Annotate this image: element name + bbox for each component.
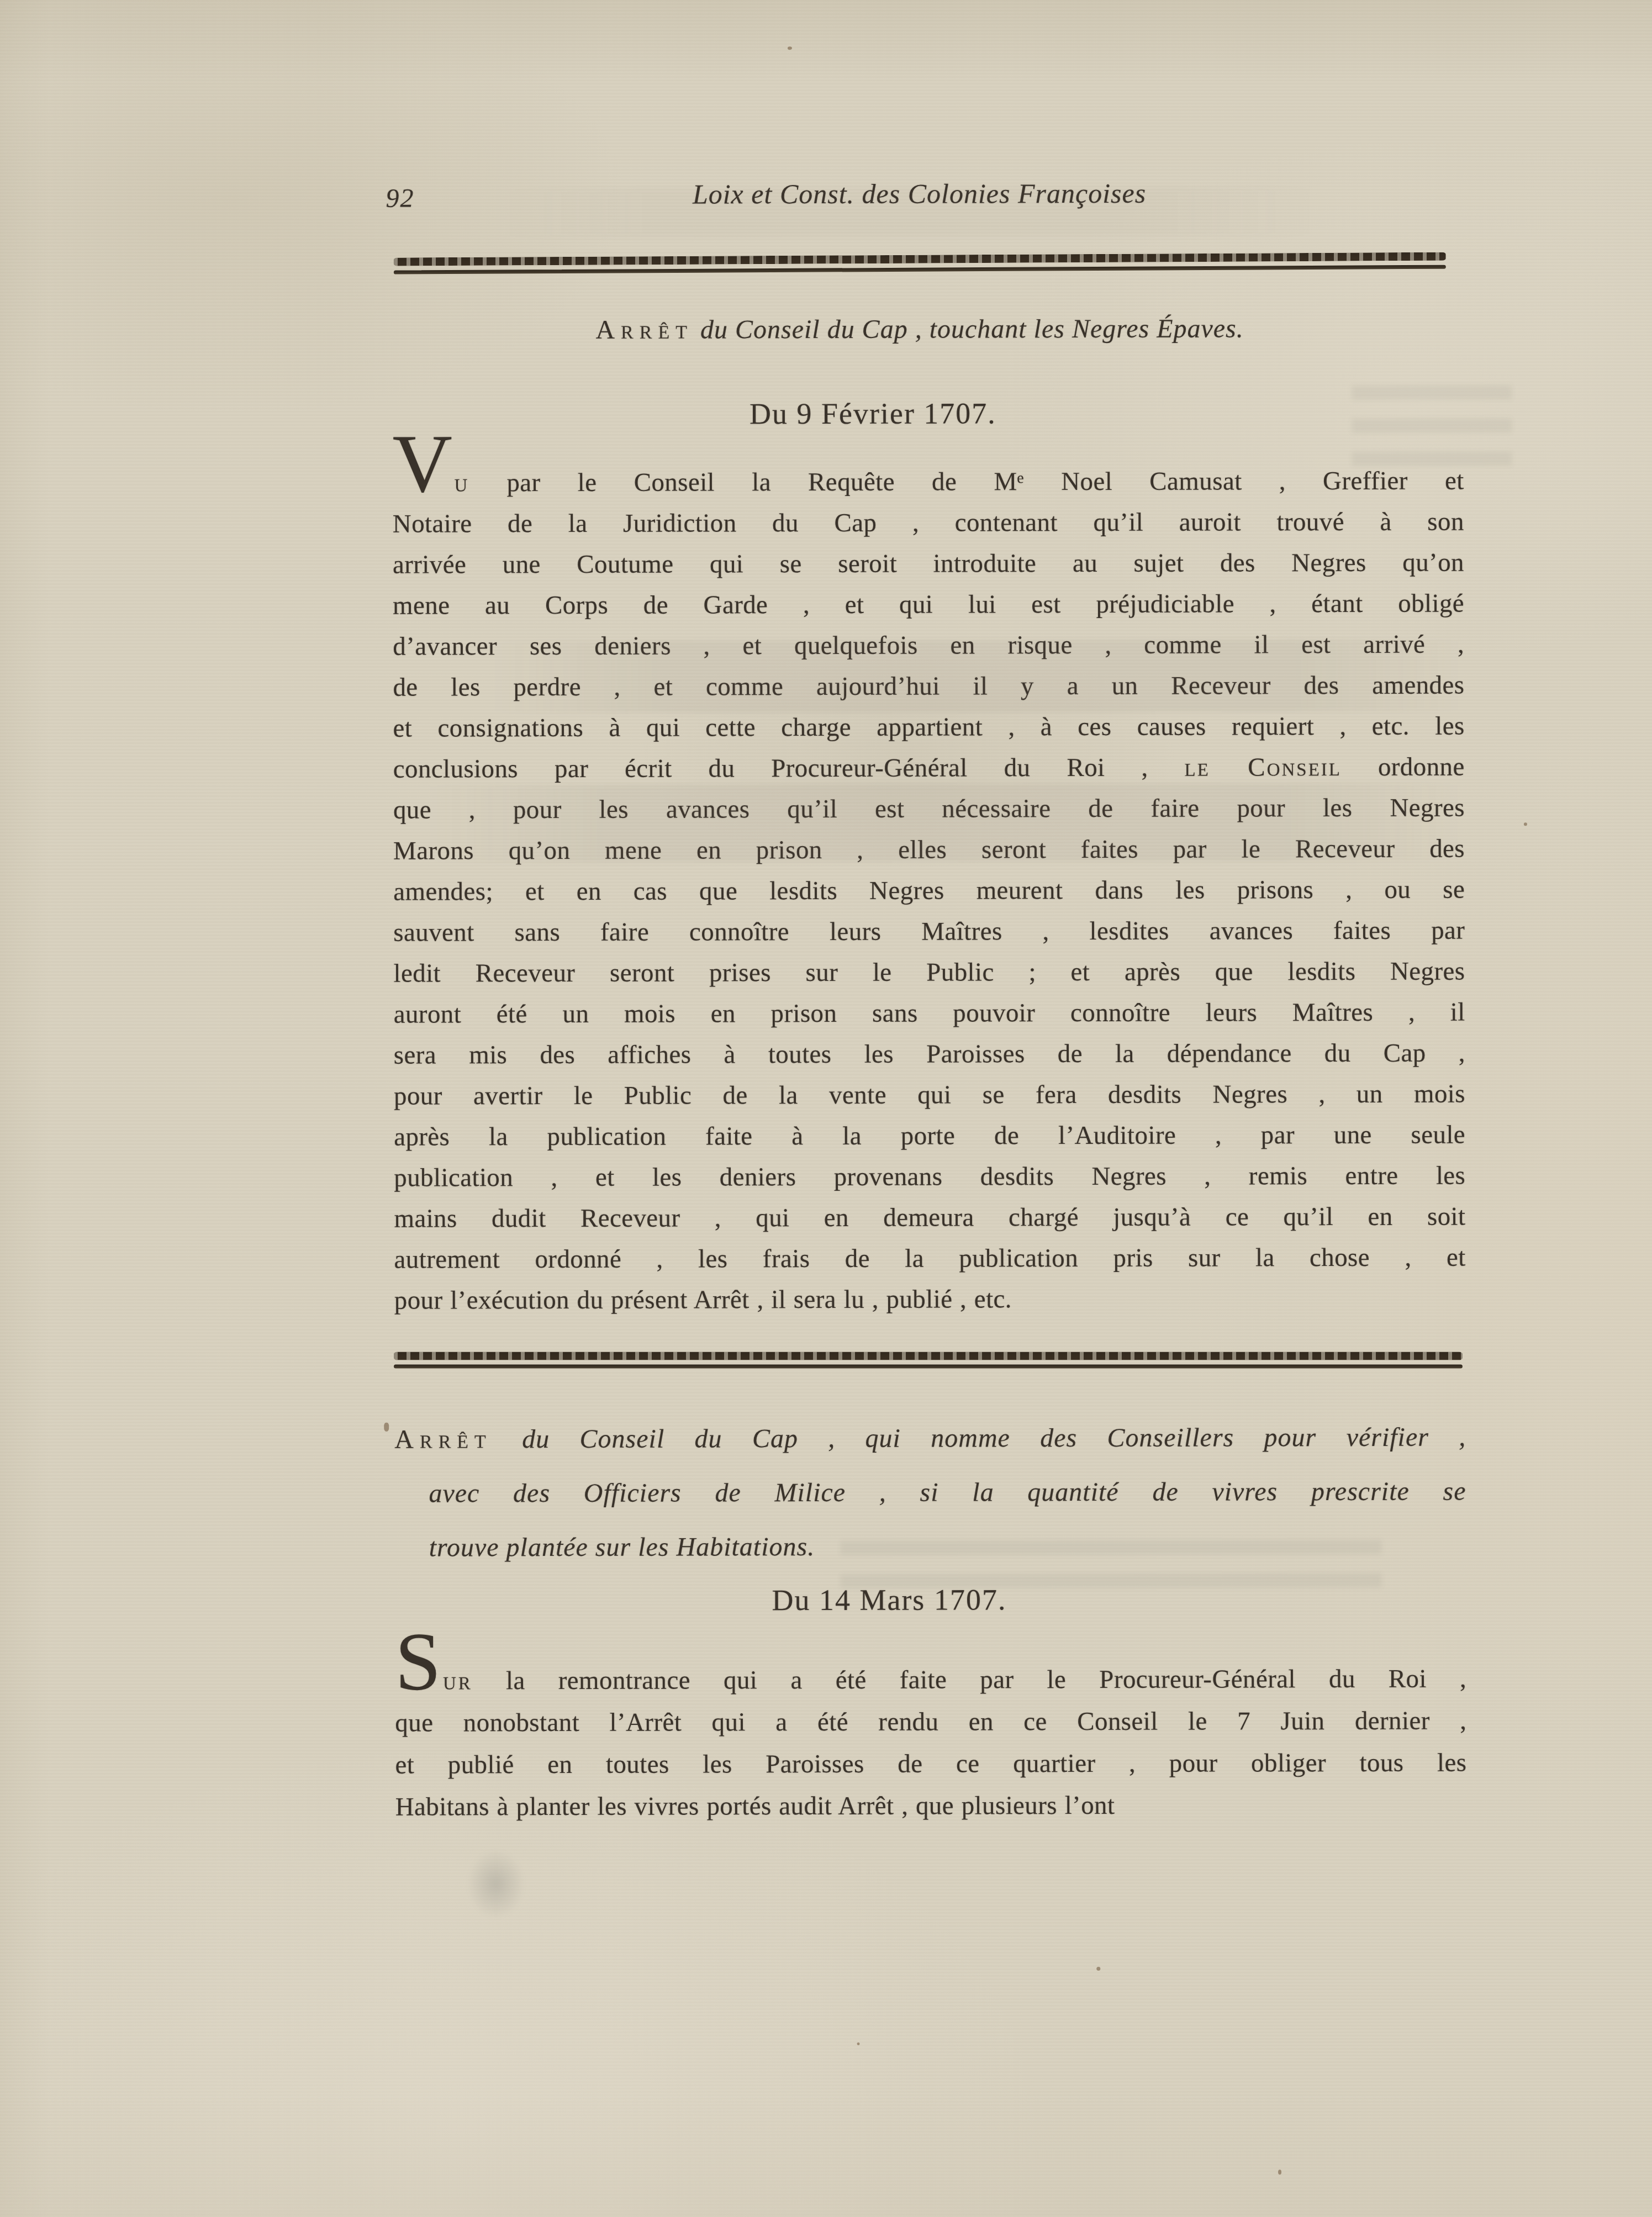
text-line: pour l’exécution du présent Arrêt , il s…	[394, 1278, 1466, 1321]
smallcap-lead: ur	[443, 1666, 473, 1695]
text-line: et publié en toutes les Paroisses de ce …	[395, 1742, 1466, 1786]
drop-cap-V: V	[392, 418, 452, 509]
text-line-pre: conclusions par écrit du Procureur-Génér…	[393, 753, 1185, 784]
arret-2-title-line: Arrêt du Conseil du Cap , qui nomme des …	[394, 1411, 1466, 1467]
text-line: d’avancer ses deniers , et quelquefois e…	[393, 624, 1464, 667]
text-line: arrivée une Coutume qui se seroit introd…	[393, 542, 1464, 585]
arret-1-title-text: du Conseil du Cap , touchant les Negres …	[693, 314, 1244, 344]
text-line: et consignations à qui cette charge appa…	[393, 706, 1464, 749]
text-line-rest: la remontrance qui a été faite par le Pr…	[473, 1665, 1466, 1696]
paper-speck	[1278, 2170, 1281, 2174]
arret-2-title-smallcaps: Arrêt	[394, 1424, 492, 1454]
text-line: sera mis des affiches à toutes les Paroi…	[394, 1033, 1465, 1076]
text-line: Marons qu’on mene en prison , elles sero…	[393, 828, 1465, 872]
text-line: après la publication faite à la porte de…	[394, 1115, 1465, 1158]
arret-2-body: Sur la remontrance qui a été faite par l…	[395, 1658, 1467, 1828]
text-line: publication , et les deniers provenans d…	[394, 1155, 1465, 1199]
arret-2-title-line: trouve plantée sur les Habitations.	[429, 1519, 1466, 1575]
arret-2-title-line: avec des Officiers de Milice , si la qua…	[429, 1465, 1466, 1521]
scanned-book-page: { "page": { "number": "92", "running_tit…	[0, 0, 1652, 2217]
page-content: 92 Loix et Const. des Colonies Françoise…	[0, 0, 1652, 2217]
text-line-post: ordonne	[1342, 753, 1465, 782]
paper-speck	[1096, 1967, 1100, 1971]
paper-speck	[857, 2042, 860, 2045]
text-line: pour avertir le Public de la vente qui s…	[394, 1074, 1465, 1117]
le-conseil-smallcaps: le Conseil	[1184, 753, 1342, 782]
text-line: Notaire de la Juridiction du Cap , conte…	[393, 502, 1464, 545]
ink-smudge	[455, 1834, 537, 1934]
text-line: mene au Corps de Garde , et qui lui est …	[393, 583, 1464, 626]
rule-thick-bar	[394, 1352, 1463, 1360]
text-line: amendes; et en cas que lesdits Negres me…	[393, 869, 1465, 912]
header-divider-rule	[394, 252, 1446, 275]
arret-2-date: Du 14 Mars 1707.	[362, 1582, 1417, 1618]
text-line: Habitans à planter les vivres portés aud…	[395, 1784, 1467, 1828]
text-line-rest: par le Conseil la Requête de Mᵉ Noel Cam…	[469, 467, 1464, 498]
running-title: Loix et Const. des Colonies Françoises	[392, 177, 1447, 211]
drop-cap-S: S	[395, 1616, 441, 1707]
arret-2-title: Arrêt du Conseil du Cap , qui nomme des …	[394, 1411, 1466, 1575]
text-line: Sur la remontrance qui a été faite par l…	[395, 1658, 1466, 1702]
arret-1-title: Arrêt du Conseil du Cap , touchant les N…	[392, 312, 1447, 348]
text-line: conclusions par écrit du Procureur-Génér…	[393, 747, 1465, 790]
arret-2-title-text: du Conseil du Cap , qui nomme des Consei…	[492, 1423, 1466, 1454]
text-line: mains dudit Receveur , qui en demeura ch…	[394, 1196, 1465, 1239]
arret-1-date: Du 9 Février 1707.	[345, 395, 1400, 432]
arret-1-body: Vu par le Conseil la Requête de Mᵉ Noel …	[393, 461, 1466, 1321]
arret-1-title-smallcaps: Arrêt	[595, 315, 693, 345]
text-line: auront été un mois en prison sans pouvoi…	[394, 992, 1465, 1035]
section-divider-rule	[394, 1352, 1463, 1369]
text-line: de les perdre , et comme aujourd’hui il …	[393, 665, 1464, 708]
smallcap-lead: u	[454, 468, 469, 497]
text-line: que , pour les avances qu’il est nécessa…	[393, 788, 1465, 831]
paper-speck	[788, 46, 792, 50]
text-line: que nonobstant l’Arrêt qui a été rendu e…	[395, 1700, 1466, 1744]
paper-speck	[1524, 822, 1527, 826]
text-line: autrement ordonné , les frais de la publ…	[394, 1237, 1465, 1280]
text-line: Vu par le Conseil la Requête de Mᵉ Noel …	[393, 461, 1464, 504]
rule-thin-bar	[394, 1365, 1463, 1369]
text-line: sauvent sans faire connoître leurs Maîtr…	[393, 910, 1465, 953]
paper-speck	[384, 1423, 389, 1432]
text-line: ledit Receveur seront prises sur le Publ…	[393, 951, 1465, 994]
